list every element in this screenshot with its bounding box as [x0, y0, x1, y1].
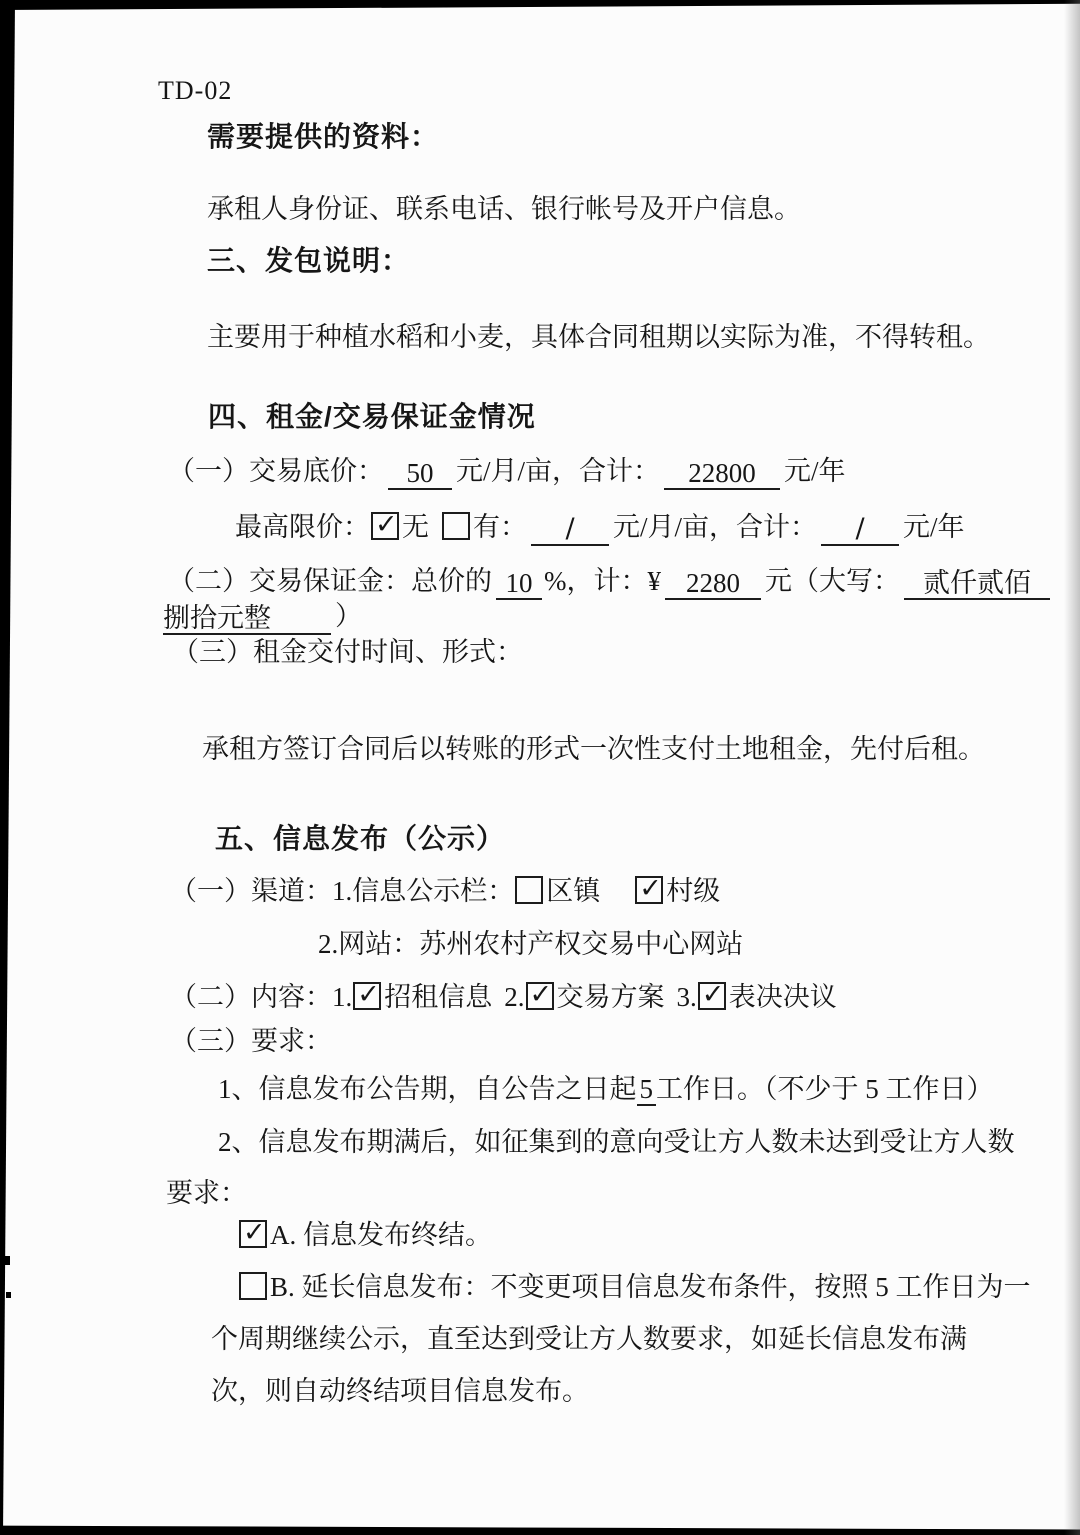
content-opt1: 招租信息	[384, 982, 492, 1012]
check-icon: ✓	[639, 870, 662, 908]
scan-edge-right	[1064, 0, 1080, 1535]
form-code: TD-02	[158, 72, 232, 110]
max-price-has-label: 有：	[473, 512, 527, 542]
section3-heading: 三、发包说明：	[207, 242, 410, 280]
channel-website: 2.网站：苏州农村产权交易中心网站	[318, 925, 743, 963]
require1-days: 5	[637, 1074, 657, 1106]
deposit-mid2: 元（大写：	[765, 566, 900, 596]
checkbox-district-unchecked	[515, 876, 543, 904]
checkbox-rent-info-checked: ✓	[353, 982, 381, 1010]
section4-heading: 四、租金/交易保证金情况	[208, 398, 536, 436]
max-price-label: 最高限价：	[235, 512, 370, 542]
materials-body: 承租人身份证、联系电话、银行帐号及开户信息。	[207, 190, 801, 228]
check-icon: ✓	[375, 506, 398, 544]
deposit-label: （二）交易保证金：总价的	[168, 566, 492, 596]
base-price-total: 22800	[664, 458, 780, 490]
content-opt3: 表决决议	[729, 982, 837, 1012]
checkbox-vote-resolution-checked: ✓	[698, 982, 726, 1010]
max-price-unit2: 元/年	[903, 512, 965, 542]
checkbox-village-checked: ✓	[635, 876, 663, 904]
require-item2-line1: 2、信息发布期满后，如征集到的意向受让方人数未达到受让方人数	[218, 1123, 1015, 1161]
require-item2-line2: 要求：	[166, 1174, 247, 1212]
base-price-unit2: 元/年	[784, 456, 846, 486]
check-icon: ✓	[530, 976, 553, 1014]
base-price-value: 50	[388, 458, 452, 490]
max-price-value: /	[531, 514, 609, 546]
option-b-line3: 次，则自动终结项目信息发布。	[211, 1372, 589, 1410]
deposit-words-line2-text: 捌拾元整	[163, 603, 331, 635]
deposit-line: （二）交易保证金：总价的10%，计：¥2280元（大写：贰仟贰佰	[168, 562, 1054, 600]
max-price-none-label: 无	[402, 512, 429, 542]
scan-edge-bottom	[0, 1524, 1080, 1535]
section3-body: 主要用于种植水稻和小麦，具体合同租期以实际为准，不得转租。	[207, 318, 990, 356]
checkbox-no-max-checked: ✓	[371, 512, 399, 540]
max-price-line: 最高限价：✓无有：/元/月/亩，合计：/元/年	[235, 508, 965, 546]
content-opt2: 交易方案	[557, 982, 665, 1012]
check-icon: ✓	[243, 1214, 266, 1252]
checkbox-option-a-checked: ✓	[239, 1220, 267, 1248]
base-price-unit1: 元/月/亩，合计：	[456, 456, 660, 486]
option-b-text-line1: B. 延长信息发布：不变更项目信息发布条件，按照 5 工作日为一	[270, 1272, 1031, 1302]
option-a-text: A. 信息发布终结。	[270, 1220, 492, 1250]
scan-speck	[2, 1256, 10, 1265]
deposit-percent: 10	[496, 568, 542, 600]
scanned-document-page: TD-02 需要提供的资料： 承租人身份证、联系电话、银行帐号及开户信息。 三、…	[0, 0, 1080, 1535]
max-price-unit1: 元/月/亩，合计：	[613, 512, 817, 542]
channel-label: （一）渠道：1.信息公示栏：	[170, 876, 514, 906]
check-icon: ✓	[702, 976, 725, 1014]
content-label: （二）内容：1.	[170, 982, 352, 1012]
require-label: （三）要求：	[170, 1022, 332, 1060]
deposit-amount: 2280	[665, 568, 761, 600]
scan-speck	[6, 1292, 11, 1298]
pay-note: 承租方签订合同后以转账的形式一次性支付土地租金，先付后租。	[202, 730, 985, 768]
max-price-total: /	[821, 514, 899, 546]
require-item1: 1、信息发布公告期，自公告之日起5工作日。（不少于 5 工作日）	[218, 1070, 994, 1108]
option-b-line2: 个周期继续公示，直至达到受让方人数要求，如延长信息发布满	[211, 1320, 967, 1358]
content-num2: 2.	[504, 982, 524, 1012]
deposit-words-line2: 捌拾元整）	[163, 597, 362, 635]
pay-time-label: （三）租金交付时间、形式：	[172, 633, 523, 671]
base-price-label: （一）交易底价：	[168, 456, 384, 486]
deposit-mid1: %，计：¥	[544, 566, 661, 596]
checkbox-has-max-unchecked	[442, 512, 470, 540]
checkbox-trade-plan-checked: ✓	[526, 982, 554, 1010]
checkbox-option-b-unchecked	[239, 1272, 267, 1300]
channel-district-label: 区镇	[546, 876, 600, 906]
content-num3: 3.	[677, 982, 697, 1012]
scan-edge-left	[0, 0, 15, 1535]
option-b-line1: B. 延长信息发布：不变更项目信息发布条件，按照 5 工作日为一	[238, 1268, 1031, 1306]
section5-heading: 五、信息发布（公示）	[215, 820, 505, 858]
channel-line: （一）渠道：1.信息公示栏：区镇✓村级	[170, 872, 720, 910]
require1-text-a: 1、信息发布公告期，自公告之日起	[218, 1074, 637, 1104]
deposit-words-line1: 贰仟贰佰	[904, 568, 1050, 600]
check-icon: ✓	[357, 976, 380, 1014]
deposit-close-paren: ）	[335, 601, 362, 631]
base-price-line: （一）交易底价：50元/月/亩，合计：22800元/年	[168, 452, 846, 490]
content-line: （二）内容：1.✓招租信息2.✓交易方案3.✓表决决议	[170, 978, 837, 1016]
materials-heading: 需要提供的资料：	[207, 118, 439, 156]
scan-edge-top	[0, 0, 1080, 10]
channel-village-label: 村级	[666, 876, 720, 906]
option-a-line: ✓A. 信息发布终结。	[238, 1216, 492, 1254]
require1-text-b: 工作日。（不少于 5 工作日）	[656, 1074, 994, 1104]
